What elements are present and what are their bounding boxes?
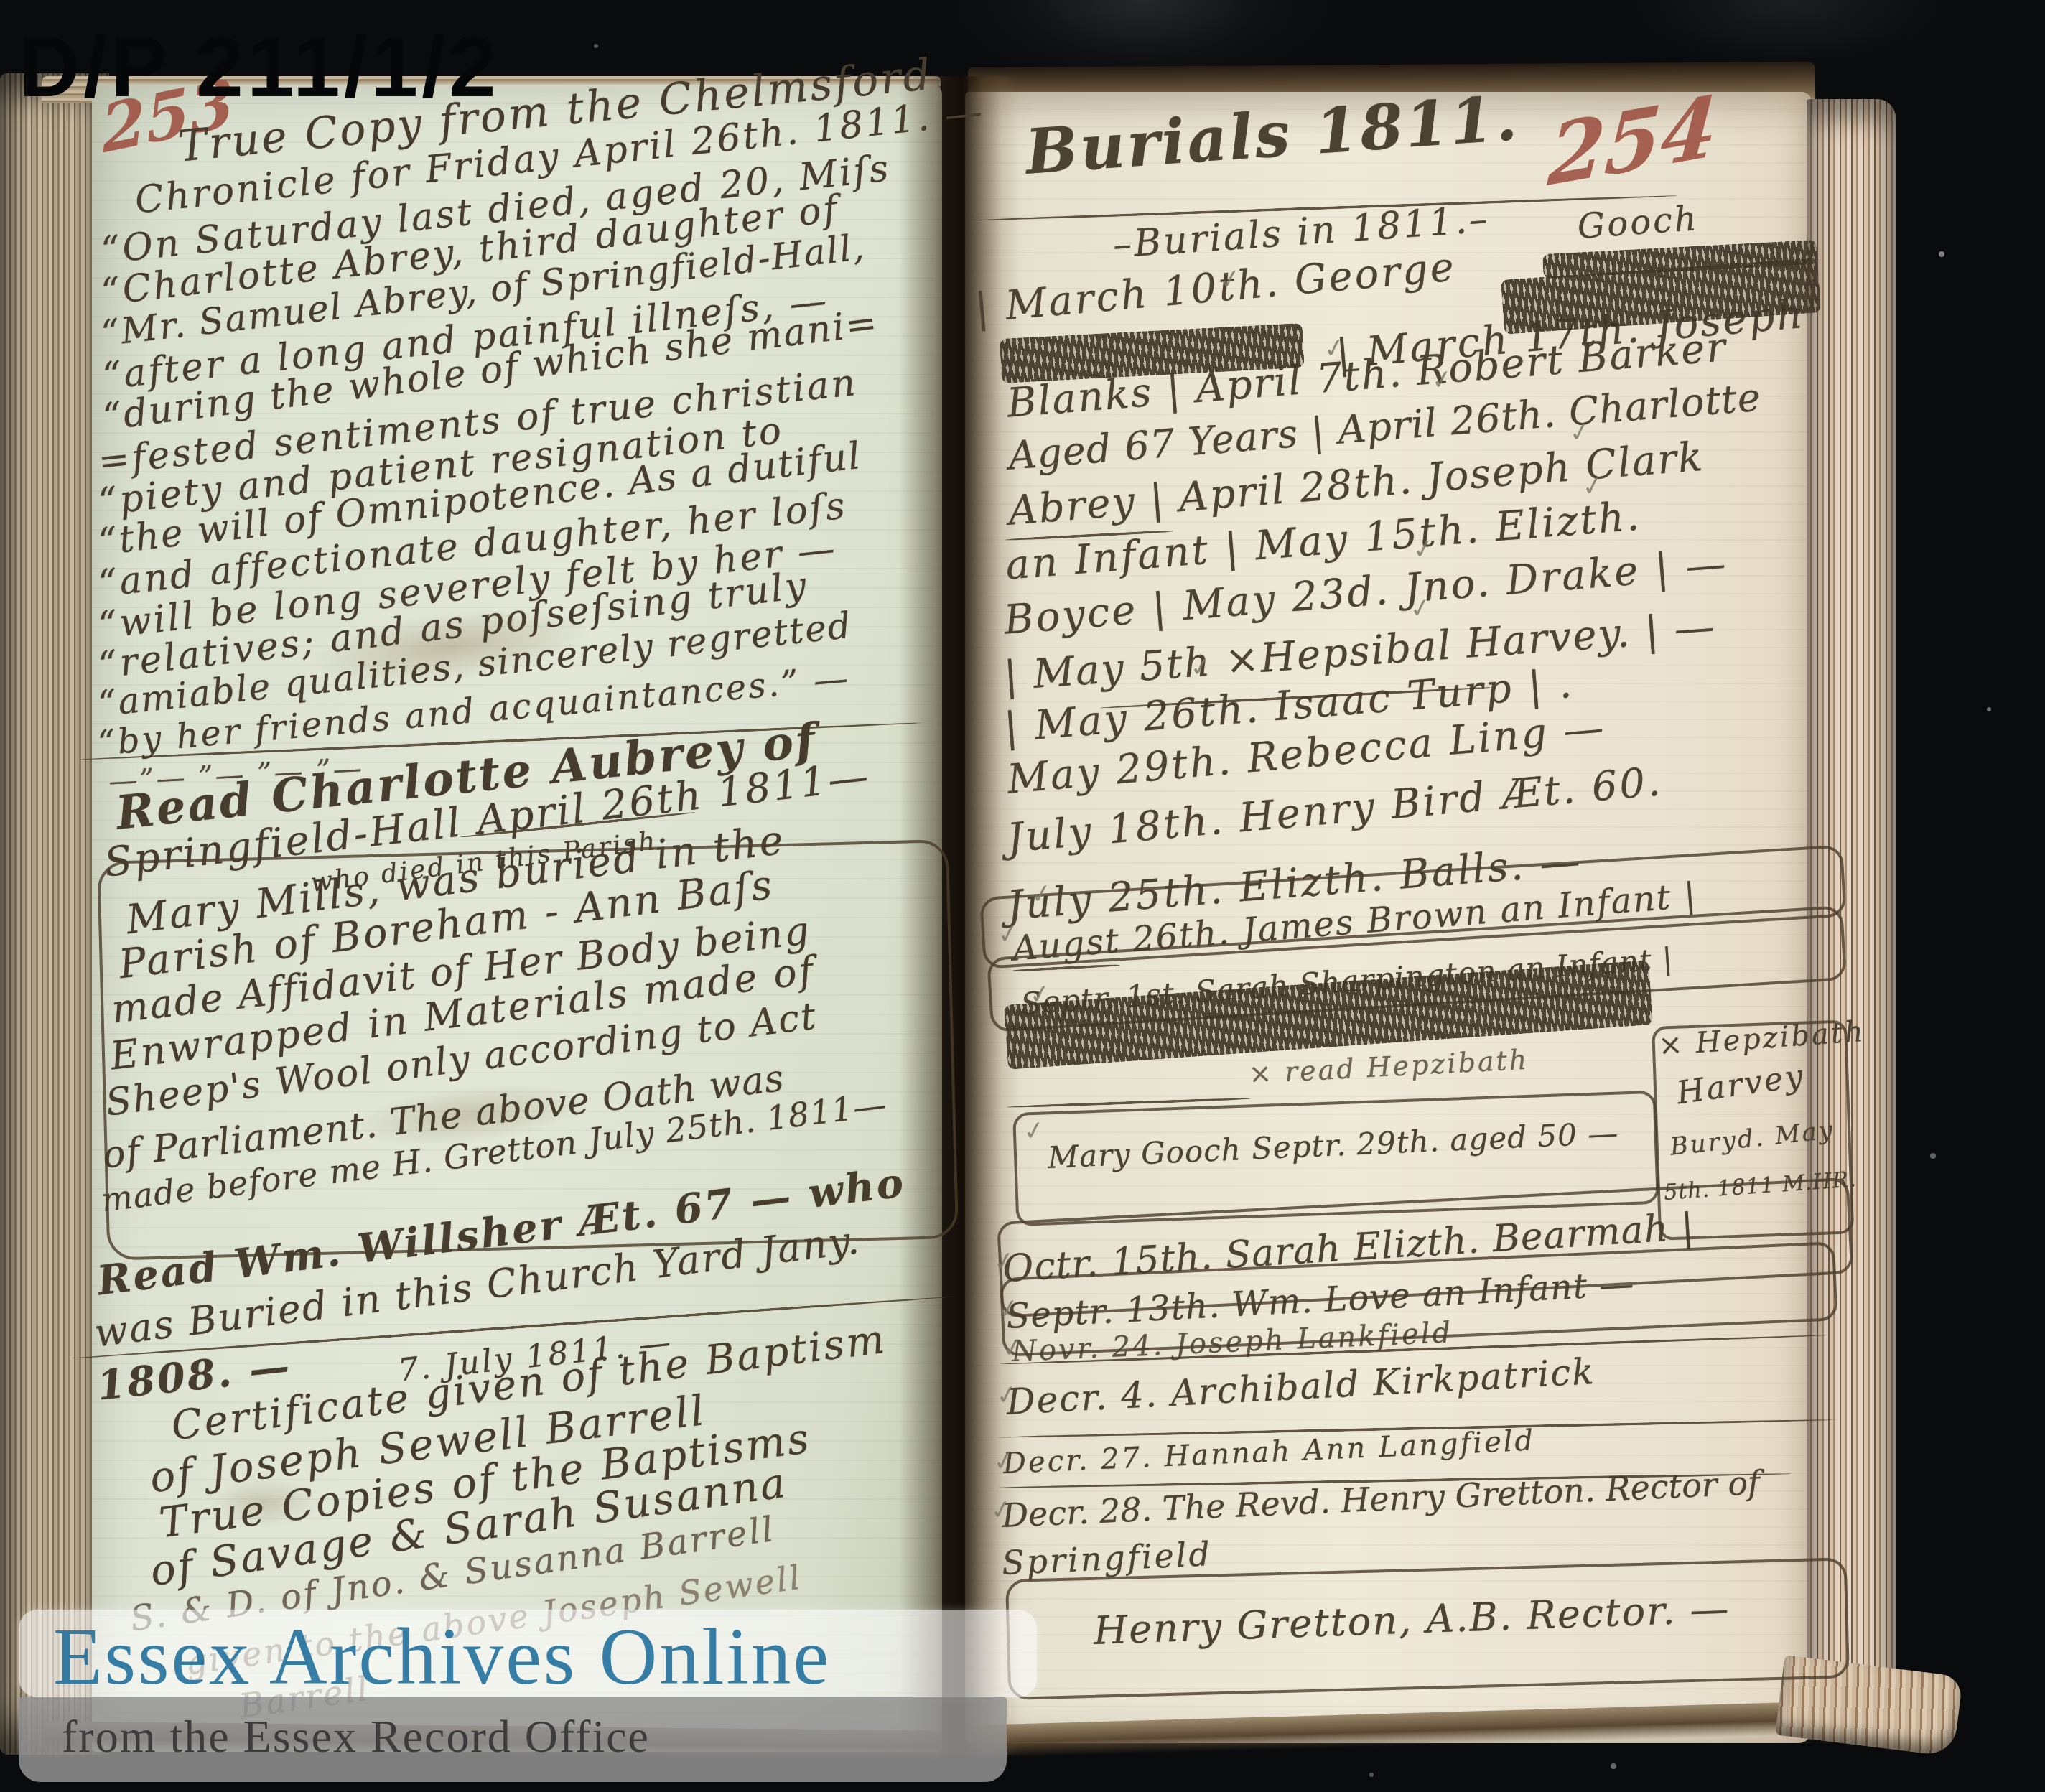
watermark-band: Essex Archives Online: [19, 1610, 1037, 1697]
handwritten-line: Gooch: [1576, 198, 1700, 247]
page-number-right: 254: [1545, 77, 1720, 205]
watermark-title: Essex Archives Online: [53, 1611, 831, 1704]
handwriting-layer: 253 254 True Copy from the ChelmsfordChr…: [0, 0, 2045, 1792]
reference-number: D/P 211/1/2: [19, 19, 500, 116]
ink-box: [1005, 1557, 1850, 1700]
handwritten-line: × read Hepzibath: [1248, 1044, 1529, 1090]
watermark-subband: from the Essex Record Office: [19, 1697, 1007, 1782]
ink-box: [97, 839, 959, 1261]
watermark-subtitle: from the Essex Record Office: [62, 1710, 650, 1763]
handwritten-line: Burials 1811.: [1023, 82, 1522, 189]
archive-photo: 253 254 True Copy from the ChelmsfordChr…: [0, 0, 2045, 1792]
